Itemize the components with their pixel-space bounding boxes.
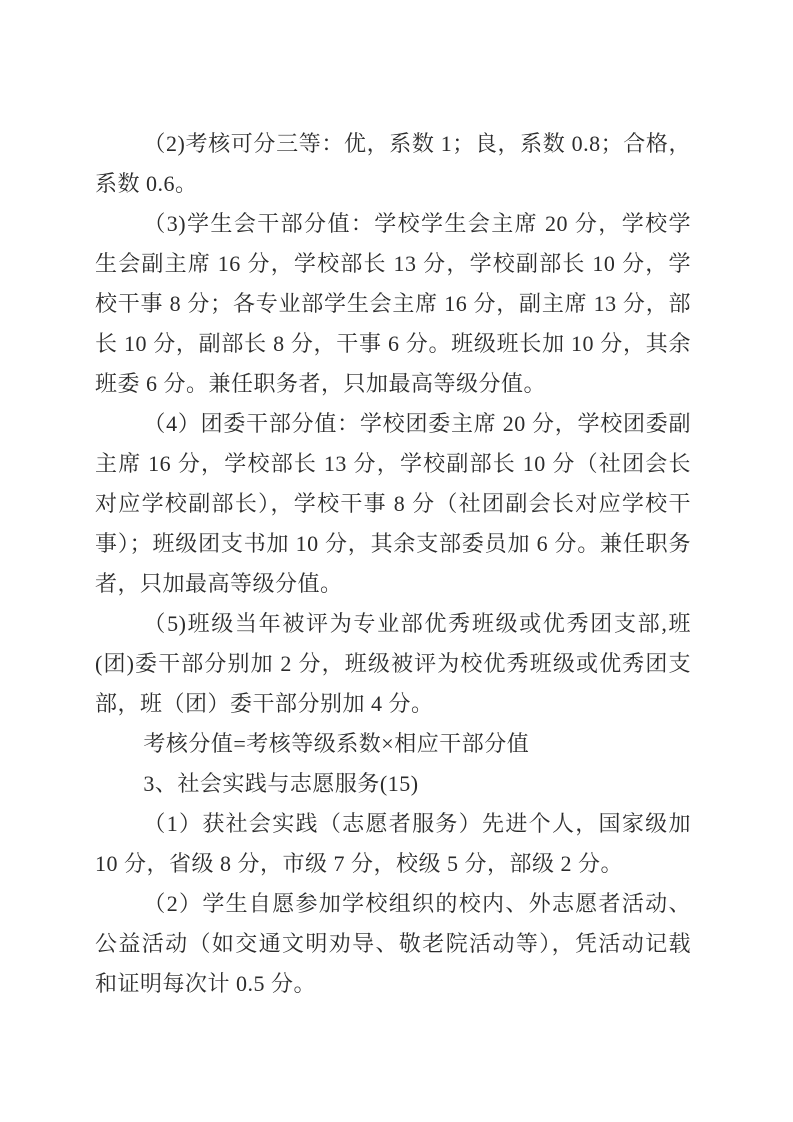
formula-assessment-score: 考核分值=考核等级系数×相应干部分值 [95, 724, 691, 764]
heading-social-practice-volunteer-service: 3、社会实践与志愿服务(15) [95, 764, 691, 804]
document-page: （2)考核可分三等：优，系数 1；良，系数 0.8；合格，系数 0.6。 （3)… [0, 0, 793, 1122]
paragraph-student-union-cadre-scores: （3)学生会干部分值：学校学生会主席 20 分，学校学生会副主席 16 分，学校… [95, 204, 691, 404]
paragraph-advanced-individual-awards: （1）获社会实践（志愿者服务）先进个人，国家级加 10 分，省级 8 分，市级 … [95, 804, 691, 884]
document-body-text: （2)考核可分三等：优，系数 1；良，系数 0.8；合格，系数 0.6。 （3)… [95, 124, 691, 1004]
paragraph-volunteer-activity-scoring: （2）学生自愿参加学校组织的校内、外志愿者活动、公益活动（如交通文明劝导、敬老院… [95, 884, 691, 1004]
paragraph-youth-league-cadre-scores: （4）团委干部分值：学校团委主席 20 分，学校团委副主席 16 分，学校部长 … [95, 404, 691, 604]
paragraph-excellent-class-bonus: （5)班级当年被评为专业部优秀班级或优秀团支部,班(团)委干部分别加 2 分，班… [95, 604, 691, 724]
paragraph-assessment-grades: （2)考核可分三等：优，系数 1；良，系数 0.8；合格，系数 0.6。 [95, 124, 691, 204]
